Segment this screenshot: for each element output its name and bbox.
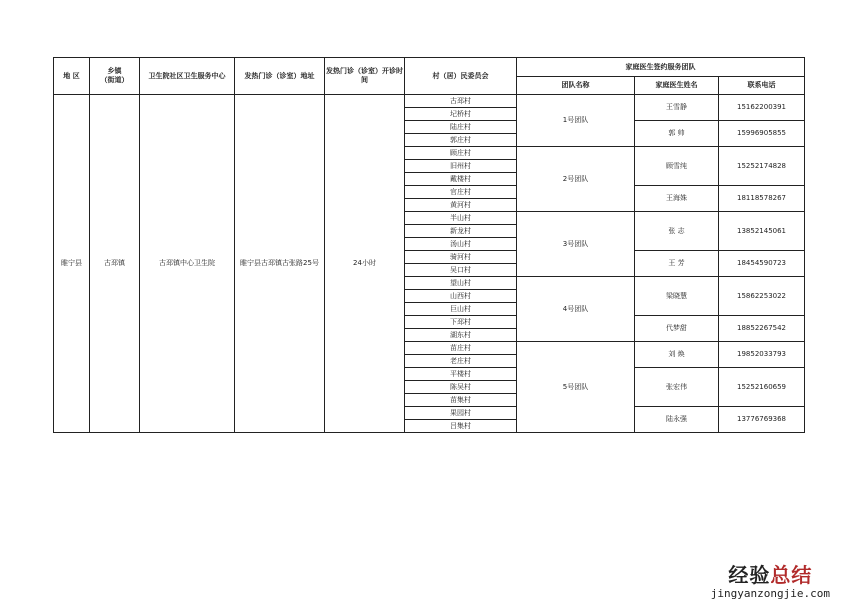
village-cell: 顾庄村 [405, 147, 517, 160]
header-town-label: 乡镇（街道） [101, 67, 129, 84]
doctor-phone-cell: 15862253022 [719, 277, 805, 316]
village-cell: 官庄村 [405, 186, 517, 199]
header-fever-clinic-hours: 发热门诊（诊室）开诊时间 [325, 58, 405, 95]
village-cell: 古邳村 [405, 95, 517, 108]
doctor-phone-cell: 13776769368 [719, 407, 805, 433]
doctor-phone-cell: 19852033793 [719, 342, 805, 368]
doctor-phone-cell: 18454590723 [719, 251, 805, 277]
region-cell: 睢宁县 [54, 95, 90, 433]
table-row: 睢宁县古邳镇古邳镇中心卫生院睢宁县古邳镇古张路25号24小时古邳村1号团队王雪静… [54, 95, 805, 108]
village-cell: 吴口村 [405, 264, 517, 277]
village-cell: 汤山村 [405, 238, 517, 251]
header-village-committee: 村（居）民委员会 [405, 58, 517, 95]
village-cell: 骑河村 [405, 251, 517, 264]
header-health-center: 卫生院社区卫生服务中心 [140, 58, 235, 95]
fever-clinic-address-cell: 睢宁县古邳镇古张路25号 [235, 95, 325, 433]
doctor-name-cell: 张宏伟 [635, 368, 719, 407]
header-doctor-name: 家庭医生姓名 [635, 77, 719, 95]
village-cell: 圮桥村 [405, 108, 517, 121]
doctor-phone-cell: 15252174828 [719, 147, 805, 186]
header-family-doctor-team: 家庭医生签约服务团队 [517, 58, 805, 77]
village-cell: 下邳村 [405, 316, 517, 329]
town-cell: 古邳镇 [90, 95, 140, 433]
village-cell: 苗庄村 [405, 342, 517, 355]
village-cell: 陈吴村 [405, 381, 517, 394]
doctor-phone-cell: 13852145061 [719, 212, 805, 251]
doctor-name-cell: 梁晓慧 [635, 277, 719, 316]
team-name-cell: 3号团队 [517, 212, 635, 277]
doctor-phone-cell: 15252160659 [719, 368, 805, 407]
doctor-name-cell: 陆永强 [635, 407, 719, 433]
doctor-name-cell: 张 志 [635, 212, 719, 251]
team-name-cell: 4号团队 [517, 277, 635, 342]
doctor-name-cell: 代梦甜 [635, 316, 719, 342]
village-cell: 果园村 [405, 407, 517, 420]
village-cell: 黄河村 [405, 199, 517, 212]
village-cell: 望山村 [405, 277, 517, 290]
header-phone: 联系电话 [719, 77, 805, 95]
doctor-name-cell: 郭 帅 [635, 121, 719, 147]
fever-clinic-hours-cell: 24小时 [325, 95, 405, 433]
doctor-phone-cell: 18118578267 [719, 186, 805, 212]
doctor-phone-cell: 15162200391 [719, 95, 805, 121]
village-cell: 半山村 [405, 212, 517, 225]
header-fever-clinic-address: 发热门诊（诊室）地址 [235, 58, 325, 95]
village-cell: 老庄村 [405, 355, 517, 368]
table-body: 睢宁县古邳镇古邳镇中心卫生院睢宁县古邳镇古张路25号24小时古邳村1号团队王雪静… [54, 95, 805, 433]
village-cell: 旧州村 [405, 160, 517, 173]
village-cell: 陆庄村 [405, 121, 517, 134]
doctor-name-cell: 王雪静 [635, 95, 719, 121]
doctor-name-cell: 顾雪纯 [635, 147, 719, 186]
doctor-name-cell: 王海姝 [635, 186, 719, 212]
village-cell: 湖东村 [405, 329, 517, 342]
doctor-phone-cell: 15996905855 [719, 121, 805, 147]
village-cell: 平楼村 [405, 368, 517, 381]
doctor-name-cell: 王 芳 [635, 251, 719, 277]
watermark-url: jingyanzongjie.com [711, 587, 830, 601]
village-cell: 戴楼村 [405, 173, 517, 186]
family-doctor-table: 地 区 乡镇（街道） 卫生院社区卫生服务中心 发热门诊（诊室）地址 发热门诊（诊… [53, 57, 805, 433]
village-cell: 巨山村 [405, 303, 517, 316]
village-cell: 山西村 [405, 290, 517, 303]
village-cell: 新龙村 [405, 225, 517, 238]
team-name-cell: 1号团队 [517, 95, 635, 147]
village-cell: 苗集村 [405, 394, 517, 407]
doctor-phone-cell: 18852267542 [719, 316, 805, 342]
team-name-cell: 5号团队 [517, 342, 635, 433]
header-region: 地 区 [54, 58, 90, 95]
health-center-cell: 古邳镇中心卫生院 [140, 95, 235, 433]
watermark-logo-text: 经验总结 [711, 563, 830, 587]
doctor-name-cell: 刘 焕 [635, 342, 719, 368]
team-name-cell: 2号团队 [517, 147, 635, 212]
village-cell: 郭庄村 [405, 134, 517, 147]
village-cell: 吕集村 [405, 420, 517, 433]
header-town: 乡镇（街道） [90, 58, 140, 95]
header-team-name: 团队名称 [517, 77, 635, 95]
watermark: 经验总结 jingyanzongjie.com [711, 563, 830, 601]
family-doctor-table-sheet: 地 区 乡镇（街道） 卫生院社区卫生服务中心 发热门诊（诊室）地址 发热门诊（诊… [53, 57, 804, 424]
